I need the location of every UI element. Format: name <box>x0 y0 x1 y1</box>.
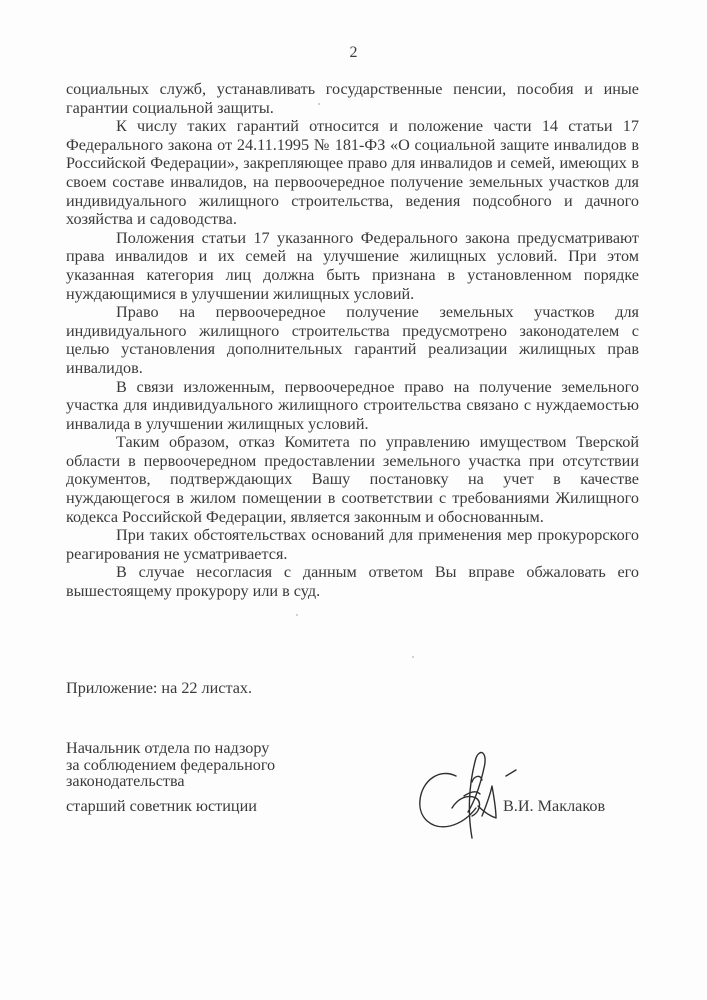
paragraph: Таким образом, отказ Комитета по управле… <box>66 433 639 526</box>
attachment-note: Приложение: на 22 листах. <box>66 679 252 698</box>
scan-speck <box>296 614 298 616</box>
paragraph: социальных служб, устанавливать государс… <box>66 80 639 117</box>
signer-name: В.И. Маклаков <box>503 798 605 815</box>
handwritten-signature-icon <box>410 746 530 846</box>
signer-position-line: Начальник отдела по надзору <box>66 740 646 757</box>
document-page: 2 социальных служб, устанавливать госуда… <box>0 0 707 1000</box>
letter-body: социальных служб, устанавливать государс… <box>66 80 639 601</box>
page-number: 2 <box>0 44 707 62</box>
paragraph: При таких обстоятельствах оснований для … <box>66 526 639 563</box>
paragraph: К числу таких гарантий относится и полож… <box>66 117 639 229</box>
paragraph: Положения статьи 17 указанного Федеральн… <box>66 229 639 303</box>
paragraph: В случае несогласия с данным ответом Вы … <box>66 563 639 600</box>
signer-rank: старший советник юстиции <box>66 798 257 815</box>
signature-block: Начальник отдела по надзору за соблюдени… <box>66 740 646 790</box>
scan-speck <box>412 656 414 658</box>
scan-speck <box>318 103 320 105</box>
signer-position-line: за соблюдением федерального <box>66 757 646 774</box>
paragraph: В связи изложенным, первоочередное право… <box>66 378 639 434</box>
signer-position: Начальник отдела по надзору за соблюдени… <box>66 740 646 790</box>
signer-position-line: законодательства <box>66 773 646 790</box>
paragraph: Право на первоочередное получение земель… <box>66 303 639 377</box>
